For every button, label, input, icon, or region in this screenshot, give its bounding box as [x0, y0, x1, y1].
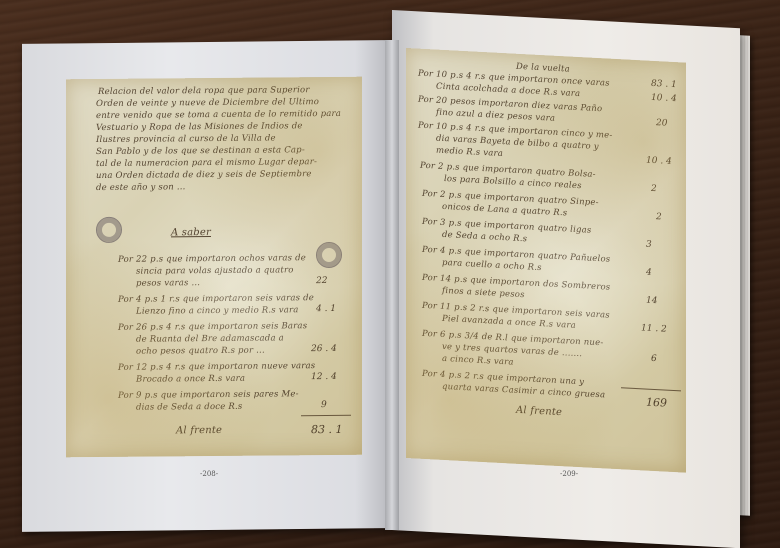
- entry-line: Por 4 p.s 1 r.s que importaron seis vara…: [118, 293, 314, 305]
- entry-amount: 10 . 4: [646, 156, 672, 167]
- book-spine: [385, 40, 399, 530]
- entry-line: Por 26 p.s 4 r.s que importaron seis Bar…: [118, 321, 307, 333]
- entry-line: de Ruanta del Bre adamascada a: [136, 333, 284, 344]
- entry-line: Por 22 p.s que importaron ochos varas de: [118, 253, 306, 265]
- ms-header-line: tal de la numeracion para el mismo Lugar…: [96, 157, 317, 169]
- section-title: A saber: [171, 228, 211, 238]
- entry-line: medio R.s vara: [436, 146, 503, 160]
- carried-label: De la vuelta: [516, 62, 570, 75]
- entry-line: pesos varas ...: [136, 278, 200, 289]
- left-manuscript-facsimile: Relacion del valor dela ropa que para Su…: [66, 77, 362, 458]
- entry-amount: 3: [646, 240, 652, 250]
- footer-label: Al frente: [176, 426, 222, 436]
- entry-amount: 11 . 2: [641, 323, 667, 334]
- right-page-number: -209-: [560, 470, 578, 478]
- entry-line: finos a siete pesos: [442, 286, 525, 300]
- page-total: 83 . 1: [311, 423, 343, 436]
- entry-line: ocho pesos quatro R.s por ...: [136, 346, 265, 357]
- page-total: 169: [646, 396, 667, 410]
- entry-amount: 26 . 4: [311, 344, 337, 354]
- entry-line: Lienzo fino a cinco y medio R.s vara: [136, 305, 299, 316]
- ms-header-line: Vestuario y Ropa de las Misiones de Indi…: [96, 121, 303, 133]
- sum-rule: [301, 415, 351, 416]
- open-book: Relacion del valor dela ropa que para Su…: [0, 0, 780, 548]
- ms-header-line: entre venido que se toma a cuenta de lo …: [96, 109, 341, 121]
- entry-amount: 22: [316, 276, 327, 286]
- archive-stamp: [96, 217, 122, 243]
- ms-header-line: de este año y son ...: [96, 182, 186, 193]
- archive-stamp: [316, 242, 342, 268]
- entry-amount: 2: [651, 184, 657, 194]
- entry-amount: 4 . 1: [316, 304, 336, 314]
- entry-amount: 12 . 4: [311, 372, 337, 382]
- entry-amount: 10 . 4: [651, 93, 677, 104]
- ms-header-line: Relacion del valor dela ropa que para Su…: [98, 85, 310, 97]
- entry-line: Brocado a once R.s vara: [136, 374, 245, 385]
- entry-line: dias de Seda a doce R.s: [136, 402, 242, 413]
- entry-line: sincia para volas ajustado a quatro: [136, 265, 294, 276]
- entry-amount: 6: [651, 354, 657, 364]
- entry-line: Por 12 p.s 4 r.s que importaron nueve va…: [118, 361, 315, 373]
- footer-label: Al frente: [516, 406, 562, 418]
- entry-line: de Seda a ocho R.s: [442, 230, 527, 244]
- right-manuscript-facsimile: De la vuelta Por 10 p.s 4 r.s que import…: [406, 48, 686, 473]
- entry-amount: 2: [656, 212, 662, 222]
- entry-amount: 14: [646, 296, 657, 307]
- ms-header-line: Ilustres provincia al curso de la Villa …: [96, 133, 276, 145]
- entry-amount: 20: [656, 118, 667, 129]
- ms-header-line: Orden de veinte y nueve de Diciembre del…: [96, 97, 319, 109]
- entry-line: a cinco R.s vara: [442, 354, 514, 368]
- ms-header-line: una Orden dictada de diez y seis de Sept…: [96, 169, 312, 181]
- ms-header-line: San Pablo y de los que se destinan a est…: [96, 145, 305, 157]
- entry-amount: 9: [321, 400, 327, 410]
- sum-rule: [621, 387, 681, 391]
- left-page-number: -208-: [200, 470, 218, 478]
- entry-line: Por 9 p.s que importaron seis pares Me-: [118, 389, 299, 401]
- carried-amount: 83 . 1: [651, 79, 677, 90]
- entry-amount: 4: [646, 268, 652, 278]
